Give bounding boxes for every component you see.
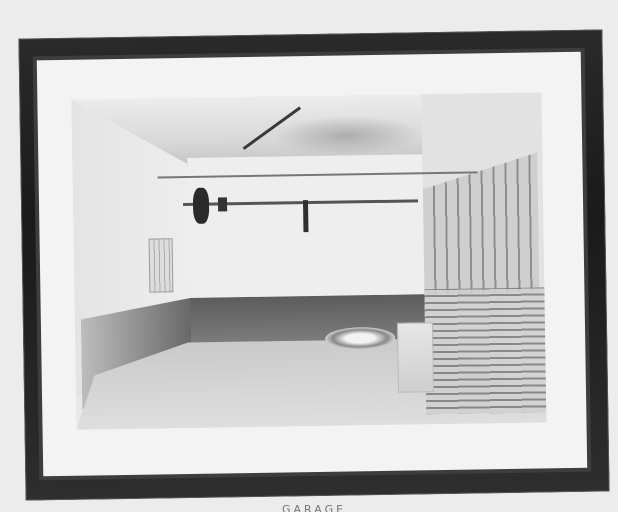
concrete-block xyxy=(397,322,434,393)
picture-frame xyxy=(18,29,609,500)
pulley-collar xyxy=(218,197,227,211)
ceiling-stain xyxy=(272,114,423,156)
pulley-wheel xyxy=(193,188,210,224)
side-window xyxy=(149,238,174,292)
brick-wall xyxy=(424,287,546,414)
photo-mat xyxy=(37,52,587,476)
garage-photograph xyxy=(71,92,546,429)
photo-caption: GARAGE xyxy=(282,503,346,512)
frame-inner xyxy=(33,48,592,481)
shaft-hanger xyxy=(303,200,309,232)
